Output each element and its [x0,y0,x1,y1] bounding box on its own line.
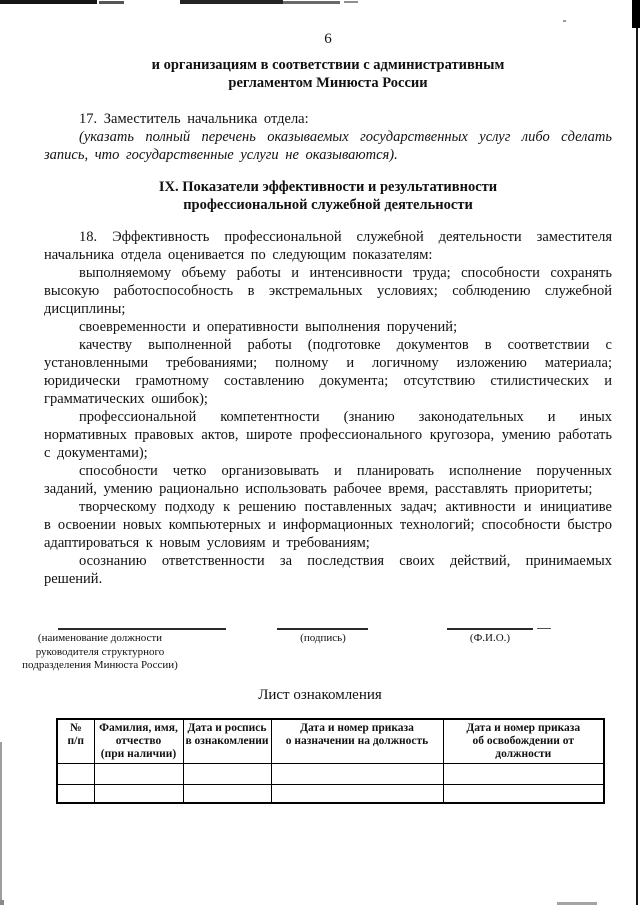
paragraph-indicator-4: профессиональной компетентности (знанию … [44,408,612,462]
table-header-row: № п/п Фамилия, имя, отчество (при наличи… [57,719,604,764]
scan-artifact-right-top-blob [632,0,640,28]
signature-line-signature [277,628,368,630]
item-17: 17. Заместитель начальника отдела: [44,110,612,128]
page-number: 6 [44,30,612,48]
paragraph-indicator-5: способности четко организовывать и плани… [44,462,612,498]
scan-artifact-left-edge-line [0,742,2,905]
scanned-document-page: 6 и организациям в соответствии с админи… [0,0,640,905]
acquaintance-table: № п/п Фамилия, имя, отчество (при наличи… [56,718,605,804]
top-heading-line-2: регламентом Минюста России [44,74,612,92]
table-row [57,785,604,803]
table-header-date-signature: Дата и роспись в ознакомлении [183,719,271,764]
section-ix-heading-line-1: IX. Показатели эффективности и результат… [44,178,612,196]
signature-line-position [58,628,226,630]
table-cell [57,785,94,803]
signature-block: (наименование должности руководителя стр… [0,622,640,682]
table-cell [94,785,183,803]
signature-caption-position: (наименование должности руководителя стр… [0,632,200,673]
paragraph-indicator-2: своевременности и оперативности выполнен… [44,318,612,336]
signature-caption-name: (Ф.И.О.) [440,632,540,646]
table-cell [443,764,604,785]
signature-line-name [447,628,533,630]
table-cell [183,764,271,785]
scan-artifact-right-edge-line [636,0,638,905]
table-cell [94,764,183,785]
table-cell [271,764,443,785]
table-cell [183,785,271,803]
scan-artifact-bottom-left-mark [0,900,4,905]
table-row [57,764,604,785]
signature-caption-signature: (подпись) [258,632,388,646]
section-ix-heading: IX. Показатели эффективности и результат… [44,178,612,214]
table-cell [443,785,604,803]
top-heading: и организациям в соответствии с админист… [44,56,612,92]
table-header-number: № п/п [57,719,94,764]
table-header-full-name: Фамилия, имя, отчество (при наличии) [94,719,183,764]
table-cell [271,785,443,803]
table-header-appointment-order: Дата и номер приказа о назначении на дол… [271,719,443,764]
item-17-note: (указать полный перечень оказываемых гос… [44,128,612,164]
paragraph-indicator-3: качеству выполненной работы (подготовке … [44,336,612,408]
table-header-dismissal-order: Дата и номер приказа об освобождении от … [443,719,604,764]
paragraph-indicator-7: осознанию ответственности за последствия… [44,552,612,588]
paragraph-18: 18. Эффективность профессиональной служе… [44,228,612,264]
document-content: 6 и организациям в соответствии с админи… [44,0,612,588]
acquaintance-sheet-title: Лист ознакомления [0,686,640,704]
table-cell [57,764,94,785]
paragraph-indicator-1: выполняемому объему работы и интенсивнос… [44,264,612,318]
top-heading-line-1: и организациям в соответствии с админист… [44,56,612,74]
signature-line-name-tail [537,628,551,629]
paragraph-indicator-6: творческому подходу к решению поставленн… [44,498,612,552]
section-ix-heading-line-2: профессиональной служебной деятельности [44,196,612,214]
